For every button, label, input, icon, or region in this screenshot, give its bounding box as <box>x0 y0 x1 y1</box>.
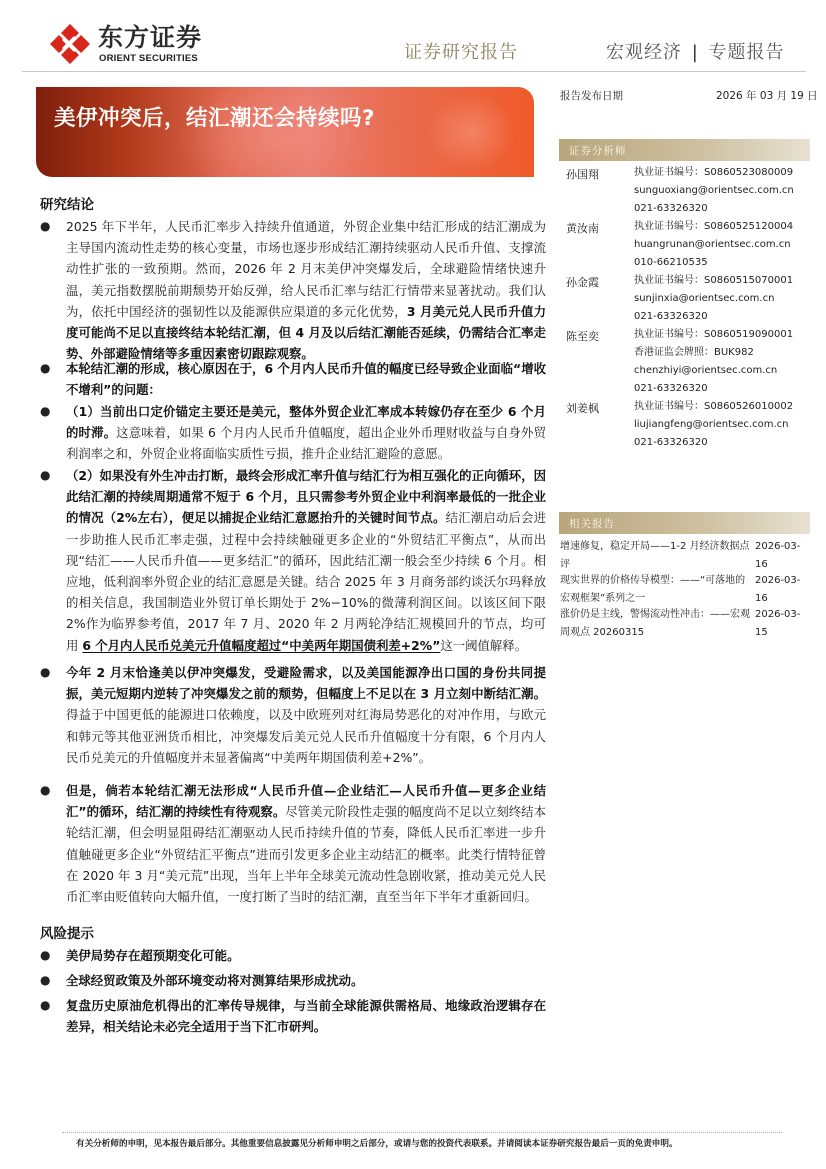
conclusion-heading: 研究结论 <box>40 193 94 213</box>
bullet-dot-icon: ● <box>40 465 50 486</box>
risk-text: 美伊局势存在超预期变化可能。 <box>66 948 239 963</box>
bullet-dot-icon: ● <box>40 216 50 237</box>
header-divider <box>22 71 806 72</box>
logo-english-name: ORIENT SECURITIES <box>99 53 198 64</box>
risks-heading: 风险提示 <box>40 922 94 942</box>
bullet-dot-icon: ● <box>40 945 50 966</box>
risk-text: 复盘历史原油危机得出的汇率传导规律，与当前全球能源供需格局、地缘政治逻辑存在差异… <box>66 998 546 1034</box>
conclusion-bullet: ● 今年 2 月末恰逢美以伊冲突爆发，受避险需求，以及美国能源净出口国的身份共同… <box>40 662 546 768</box>
publish-date-label: 报告发布日期 <box>560 88 623 103</box>
analysts-section-title: 证券分析师 <box>569 143 627 158</box>
related-report-date: 2026-03-16 <box>755 572 812 608</box>
bullet-bold-text: 今年 2 月末恰逢美以伊冲突爆发，受避险需求，以及美国能源净出口国的身份共同提振… <box>66 665 546 701</box>
risk-bullet: ● 全球经贸政策及外部环境变动将对测算结果形成扰动。 <box>40 970 546 991</box>
bullet-bold-text: 本轮结汇潮的形成，核心原因在于，6 个月内人民币升值的幅度已经导致企业面临“增收… <box>66 361 546 397</box>
logo-chinese-name: 东方证券 <box>98 22 202 54</box>
analyst-name: 陈至奕 <box>566 328 599 344</box>
conclusion-bullet: ● 但是，倘若本轮结汇潮无法形成“人民币升值—企业结汇—人民币升值—更多企业结汇… <box>40 780 546 907</box>
related-report-title[interactable]: 涨价仍是主线，警惕流动性冲击：——宏观周观点 20260315 <box>560 606 750 642</box>
related-report-title[interactable]: 增速修复，稳定开局——1-2 月经济数据点评 <box>560 538 750 574</box>
report-category: 宏观经济 | 专题报告 <box>606 38 785 64</box>
bullet-text: 结汇潮启动后会进一步助推人民币汇率走强，过程中会持续触碰更多企业的“外贸结汇平衡… <box>66 510 546 652</box>
analyst-license: 执业证书编号：S0860523080009 <box>634 166 794 184</box>
analyst-email[interactable]: huangrunan@orientsec.com.cn <box>634 238 793 256</box>
analyst-name: 孙金霞 <box>566 274 599 290</box>
bullet-dot-icon: ● <box>40 970 50 991</box>
conclusion-bullet: ● 本轮结汇潮的形成，核心原因在于，6 个月内人民币升值的幅度已经导致企业面临“… <box>40 358 546 400</box>
bullet-dot-icon: ● <box>40 358 50 379</box>
analyst-license: 执业证书编号：S0860519090001 <box>634 328 793 346</box>
risk-text: 全球经贸政策及外部环境变动将对测算结果形成扰动。 <box>66 973 363 988</box>
bullet-underlined-text: 6 个月内人民币兑美元升值幅度超过“中美两年期国债利差+2%” <box>82 638 440 653</box>
bullet-dot-icon: ● <box>40 995 50 1016</box>
category-separator: | <box>692 42 699 63</box>
bullet-dot-icon: ● <box>40 780 50 801</box>
banner-decoration <box>426 92 516 172</box>
analyst-hk-license: 香港证监会牌照：BUK982 <box>634 346 793 364</box>
category-label: 宏观经济 <box>606 42 682 63</box>
analyst-phone: 010-66210535 <box>634 256 793 274</box>
bullet-dot-icon: ● <box>40 401 50 422</box>
conclusion-bullet: ● （1）当前出口定价锚定主要还是美元，整体外贸企业汇率成本转嫁仍存在至少 6 … <box>40 401 546 465</box>
analyst-license: 执业证书编号：S0860526010002 <box>634 400 793 418</box>
orient-logo-icon <box>48 22 92 66</box>
related-reports-title: 相关报告 <box>569 516 615 531</box>
conclusion-bullet: ● 2025 年下半年，人民币汇率步入持续升值通道，外贸企业集中结汇形成的结汇潮… <box>40 216 546 364</box>
analyst-name: 黄汝南 <box>566 220 599 236</box>
risk-bullet: ● 美伊局势存在超预期变化可能。 <box>40 945 546 966</box>
analyst-email[interactable]: sunjinxia@orientsec.com.cn <box>634 292 793 310</box>
report-type-label: 证券研究报告 <box>404 38 518 64</box>
bullet-dot-icon: ● <box>40 662 50 683</box>
related-report-title[interactable]: 现实世界的价格传导模型：——“可落地的宏观框架”系列之一 <box>560 572 750 608</box>
subcategory-label: 专题报告 <box>709 42 785 63</box>
analyst-name: 刘姜枫 <box>566 400 599 416</box>
analyst-phone: 021-63326320 <box>634 382 793 400</box>
related-report-date: 2026-03-16 <box>755 538 812 574</box>
analyst-name: 孙国翔 <box>566 166 599 182</box>
bullet-text: 这一阈值解释。 <box>440 638 527 653</box>
risk-bullet: ● 复盘历史原油危机得出的汇率传导规律，与当前全球能源供需格局、地缘政治逻辑存在… <box>40 995 546 1037</box>
related-report-date: 2026-03-15 <box>755 606 812 642</box>
company-logo: 东方证券 ORIENT SECURITIES <box>48 22 223 66</box>
analysts-section-header: 证券分析师 <box>559 139 810 161</box>
analyst-phone: 021-63326320 <box>634 310 793 328</box>
analyst-phone: 021-63326320 <box>634 202 794 220</box>
analyst-email[interactable]: chenzhiyi@orientsec.com.cn <box>634 364 793 382</box>
analyst-phone: 021-63326320 <box>634 436 793 454</box>
analyst-email[interactable]: sunguoxiang@orientsec.com.cn <box>634 184 794 202</box>
bullet-text: 得益于中国更低的能源进口依赖度，以及中欧班列对红海局势恶化的对冲作用，与欧元和韩… <box>66 707 546 764</box>
analyst-license: 执业证书编号：S0860525120004 <box>634 220 793 238</box>
related-reports-header: 相关报告 <box>559 512 810 534</box>
analyst-email[interactable]: liujiangfeng@orientsec.com.cn <box>634 418 793 436</box>
footer-divider <box>62 1132 782 1133</box>
report-title: 美伊冲突后，结汇潮还会持续吗? <box>54 101 375 132</box>
bullet-text: 这意味着，如果 6 个月内人民币升值幅度，超出企业外币理财收益与自身外贸利润率之… <box>66 425 546 461</box>
analyst-license: 执业证书编号：S0860515070001 <box>634 274 793 292</box>
publish-date-value: 2026 年 03 月 19 日 <box>716 88 818 103</box>
footer-disclaimer: 有关分析师的申明，见本报告最后部分。其他重要信息披露见分析师申明之后部分，或请与… <box>76 1137 678 1149</box>
title-banner: 美伊冲突后，结汇潮还会持续吗? <box>36 87 534 177</box>
conclusion-bullet: ● （2）如果没有外生冲击打断，最终会形成汇率升值与结汇行为相互强化的正向循环，… <box>40 465 546 656</box>
